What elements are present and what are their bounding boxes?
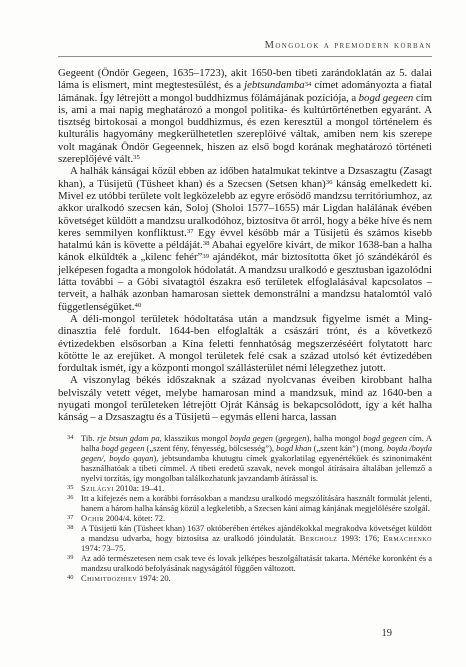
text-run: 1974: 20. — [137, 573, 171, 583]
text-run: Bergholz — [300, 533, 338, 543]
footnote: 34 Tib. rje btsun gdam pa, klasszikus mo… — [58, 433, 432, 483]
text-run: boγda gegen — [230, 433, 273, 443]
text-run: 2010a: 19–41. — [114, 483, 164, 493]
footnote-text: Chimitdozhiev 1974: 20. — [81, 573, 171, 583]
text-run: 38 — [203, 240, 210, 247]
footnote-text: Szilágyi 2010a: 19–41. — [81, 483, 164, 493]
paragraph: Gegeent (Öndör Gegeen, 1635–1723), akit … — [58, 67, 432, 165]
text-run: („szent kán”) (mong. — [312, 443, 387, 453]
text-run: rje btsun gdam pa — [97, 433, 160, 443]
text-run: 34 — [305, 81, 312, 88]
footnote-number: 34 — [67, 433, 74, 443]
footnote-number: 39 — [67, 553, 74, 563]
text-run: 35 — [133, 154, 140, 161]
text-run: Itt a kifejezés nem a korábbi forrásokba… — [81, 493, 432, 513]
text-run: bogd gegeen — [363, 433, 407, 443]
footnote-number: 36 — [67, 493, 74, 503]
text-block: Mongolok a premodern korban Gegeent (Önd… — [58, 40, 432, 583]
text-run: 40 — [134, 302, 141, 309]
text-run: 39 — [202, 253, 209, 260]
footnote-number: 35 — [67, 483, 74, 493]
footnote: 35 Szilágyi 2010a: 19–41. — [58, 483, 432, 493]
footnote-number: 40 — [67, 573, 74, 583]
footnote-text: Az adó természetesen nem csak teve és lo… — [81, 553, 432, 573]
text-run: gegegen — [278, 433, 306, 443]
text-run: bogd khan — [276, 443, 312, 453]
paragraph: A halhák kánságai közül ebben az időben … — [58, 165, 432, 313]
text-run: ), halha mongol — [307, 433, 364, 443]
paragraph: A viszonylag békés időszaknak a század n… — [58, 374, 432, 423]
text-run: Chimitdozhiev — [81, 573, 137, 583]
footnote: 38 A Tüsijetü kán (Tüsheet khan) 1637 ok… — [58, 523, 432, 553]
text-run: („szent fény, fényesség, bölcsesség”), — [145, 443, 277, 453]
text-run: Ermachenko — [383, 533, 432, 543]
footnote: 40 Chimitdozhiev 1974: 20. — [58, 573, 432, 583]
footnote-text: Itt a kifejezés nem a korábbi forrásokba… — [81, 493, 432, 513]
text-run: A déli-mongol területek hódoltatása után… — [58, 313, 432, 374]
footnote-text: Tib. rje btsun gdam pa, klasszikus mongo… — [81, 433, 432, 483]
page-number: 19 — [360, 628, 392, 639]
running-header: Mongolok a premodern korban — [58, 40, 432, 56]
footnote-number: 38 — [67, 523, 74, 533]
footnote: 37 Ochir 2004/4. kötet: 72. — [58, 513, 432, 523]
main-text: Gegeent (Öndör Gegeen, 1635–1723), akit … — [58, 67, 432, 424]
footnote-number: 37 — [67, 513, 74, 523]
text-run: Szilágyi — [81, 483, 114, 493]
text-run: bogd gegeen — [101, 443, 144, 453]
text-run: 1974: 73–75. — [81, 543, 126, 553]
book-page: Mongolok a premodern korban Gegeent (Önd… — [0, 0, 466, 667]
text-run: 37 — [187, 228, 194, 235]
footnote-text: A Tüsijetü kán (Tüsheet khan) 1637 októb… — [81, 523, 432, 553]
text-run: jebtsundamba — [244, 79, 305, 91]
text-run: Ochir — [81, 513, 104, 523]
paragraph: A déli-mongol területek hódoltatása után… — [58, 313, 432, 374]
text-run: A viszonylag békés időszaknak a század n… — [58, 374, 432, 423]
text-run: 2004/4. kötet: 72. — [104, 513, 165, 523]
footnote-text: Ochir 2004/4. kötet: 72. — [81, 513, 165, 523]
text-run: bogd gegeen — [359, 92, 414, 104]
footnotes-section: 34 Tib. rje btsun gdam pa, klasszikus mo… — [58, 433, 432, 583]
text-run: 1993: 176; — [337, 533, 383, 543]
text-run: 36 — [326, 179, 333, 186]
text-run: , klasszikus mongol — [160, 433, 230, 443]
footnote: 36 Itt a kifejezés nem a korábbi forráso… — [58, 493, 432, 513]
text-run: Az adó természetesen nem csak teve és lo… — [81, 553, 432, 573]
text-run: Tib. — [81, 433, 97, 443]
footnote: 39 Az adó természetesen nem csak teve és… — [58, 553, 432, 573]
header-rule — [58, 56, 432, 57]
